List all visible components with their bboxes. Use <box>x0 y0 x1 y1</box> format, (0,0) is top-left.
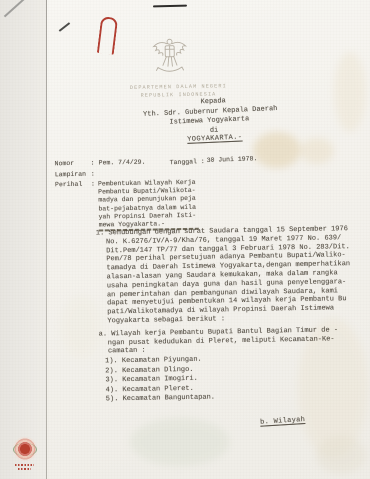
lampiran-label: Lampiran <box>55 170 86 179</box>
archive-stamp-text-mark <box>18 468 31 470</box>
nomor-label: Nomor <box>55 160 75 168</box>
nomor-colon: : <box>91 160 95 168</box>
nomor-value: Pem. 7/4/29. <box>99 158 146 167</box>
body-paragraph-line: Yogyakarta sebagai berikut : <box>107 315 225 325</box>
kecamatan-item: 4). Kecamatan Pleret. <box>106 384 194 394</box>
recipient-line: Istimewa Yogyakarta <box>169 115 249 126</box>
perihal-label: Perihal <box>55 181 82 189</box>
kecamatan-item: 1). Kecamatan Piyungan. <box>105 356 202 366</box>
lampiran-colon: : <box>91 170 95 178</box>
tanggal-value: 30 Juni 1978. <box>207 155 258 165</box>
scanned-letter-page: DEPARTEMEN DALAM NEGERI REPUBLIK INDONES… <box>0 0 370 479</box>
recipient-block: Kepada Yth. Sdr. Gubernur Kepala Daerah … <box>0 0 369 167</box>
recipient-city: YOGYAKARTA.- <box>187 134 243 144</box>
kecamatan-item: 3). Kecamatan Imogiri. <box>105 375 198 385</box>
recipient-line: Kepada <box>200 97 226 106</box>
kecamatan-item: 2). Kecamatan Dlingo. <box>105 365 193 375</box>
archive-stamp-text-mark <box>15 464 34 466</box>
kecamatan-item: 5). Kecamatan Banguntapan. <box>106 394 215 404</box>
recipient-line: di <box>210 126 219 134</box>
tanggal-label: Tanggal : <box>170 158 205 167</box>
catchword: b. Wilayah <box>260 416 305 427</box>
typed-content: DEPARTEMEN DALAM NEGERI REPUBLIK INDONES… <box>0 0 370 479</box>
sub-item-line: camatan : <box>108 347 146 356</box>
archive-stamp-icon <box>12 436 38 462</box>
perihal-colon: : <box>91 181 95 189</box>
